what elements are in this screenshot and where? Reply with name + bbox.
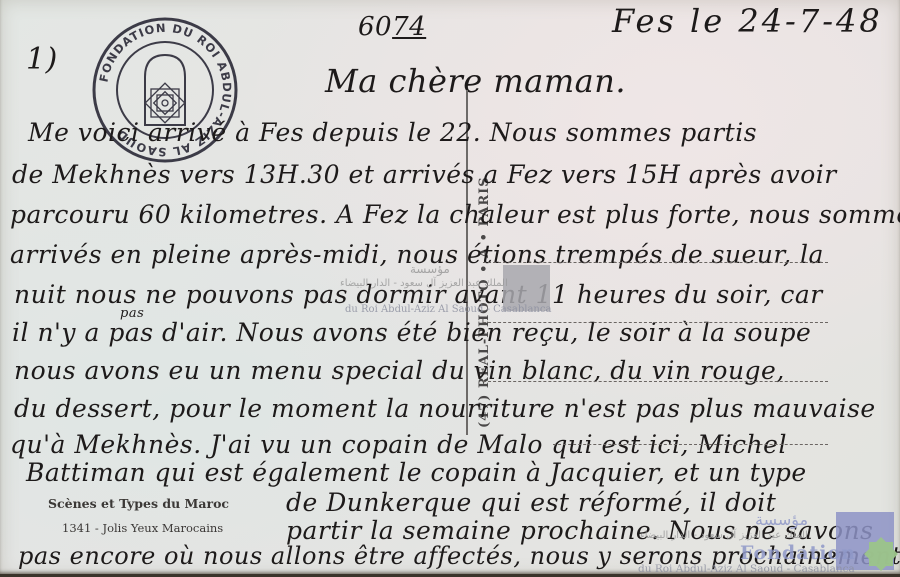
watermark-star-icon [862, 535, 900, 573]
address-line [483, 322, 828, 323]
watermark-corner-arabic-line: الملك عبد العزيز آل سعود - الدار البيضاء [640, 530, 808, 541]
letter-line: de Dunkerque qui est réformé, il doit [286, 488, 776, 517]
address-line [553, 444, 828, 445]
address-line [483, 262, 828, 263]
letter-line: Me voici arrivé à Fes depuis le 22. Nous… [28, 118, 757, 147]
letter-line: du dessert, pour le moment la nourriture… [14, 394, 876, 423]
salutation: Ma chère maman. [325, 62, 626, 100]
watermark-latin-line: du Roi Abdul-Aziz Al Saoud - Casablanca [345, 304, 551, 315]
place-date: Fes le 24-7-48 [612, 2, 883, 40]
watermark-arabic-line: الملك عبد العزيز آل سعود - الدار البيضاء [340, 278, 508, 289]
watermark-corner-label: Fondation [740, 542, 856, 564]
caption-series: Scènes et Types du Maroc [48, 496, 229, 511]
address-line [483, 381, 828, 382]
index-mark: 1) [26, 42, 58, 77]
archive-number: 6074 [358, 12, 426, 42]
watermark-corner-arabic-title: مؤسسة [755, 510, 808, 529]
letter-line: parcouru 60 kilometres. A Fez la chaleur… [10, 200, 900, 229]
postcard-back: 1) FONDATION DU ROI ABDUL-AZIZ AL SAOUD … [0, 0, 900, 577]
caption-title: 1341 - Jolis Yeux Marocains [62, 521, 223, 535]
letter-line: Battiman qui est également le copain à J… [26, 458, 807, 487]
letter-line: de Mekhnès vers 13H.30 et arrivés a Fez … [12, 160, 837, 189]
watermark-arabic-title: مؤسسة [410, 262, 450, 276]
publisher-imprint: (47) REAL-PHOTO • A • PARIS [457, 108, 479, 438]
